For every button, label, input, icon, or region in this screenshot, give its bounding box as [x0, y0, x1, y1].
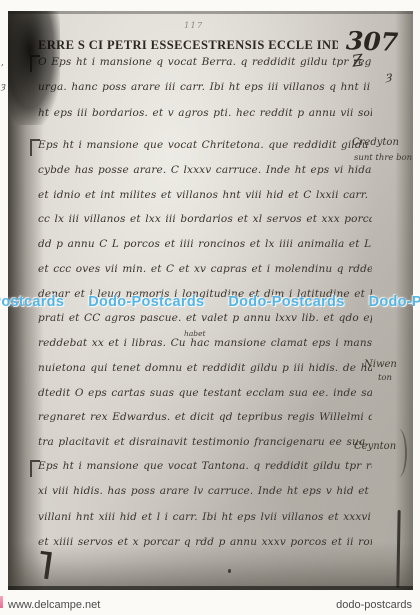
manuscript-line: O Eps ht i mansione q vocat Berra. q red…	[38, 50, 372, 75]
manuscript-line: xi viii hidis. has poss arare lv carruce…	[38, 479, 372, 504]
manuscript-line: cc lx iii villanos et lxx iii bordarios …	[38, 207, 372, 232]
photo-bottom-shading	[8, 542, 413, 590]
manuscript-line: dd p annu C L porcos et iiii roncinos et…	[38, 232, 372, 257]
margin-flourish-mark: ȝ	[386, 69, 392, 83]
manuscript-line: regnaret rex Edwardus. et dicit qd tepri…	[38, 405, 372, 430]
seller-watermark: dodo-postcards	[336, 599, 412, 611]
manuscript-photo: 117 ERRE S CI PETRI ESSECESTRENSIS ECCLE…	[8, 11, 413, 590]
manuscript-paragraph: O Eps ht i mansione q vocat Berra. q red…	[8, 50, 372, 127]
manuscript-line: prati et CC agros pascue. et valet p ann…	[38, 306, 372, 331]
cropped-logo-sliver	[0, 596, 3, 608]
margin-flourish-curve	[391, 429, 407, 477]
manuscript-line: Eps ht i mansione que vocat Chritetona. …	[38, 133, 372, 158]
page-edge-shadow	[395, 11, 413, 590]
pencil-folio-note: 117	[184, 21, 203, 31]
manuscript-line: cybde has posse arare. C lxxxv carruce. …	[38, 158, 372, 183]
margin-note-niwen: Niwen	[364, 359, 397, 370]
photo-bottom-edge	[8, 586, 413, 590]
left-margin-mark: ,	[1, 58, 4, 68]
manuscript-line: et idnio et int milites et villanos hnt …	[38, 183, 372, 208]
margin-note-ceynton: Ceynton	[354, 441, 396, 452]
margin-note-credyton: Credyton	[352, 137, 399, 148]
manuscript-line: et ccc oves vii min. et C et xv capras e…	[38, 257, 372, 282]
manuscript-line: ht eps iii bordarios. et v agros pti. he…	[38, 101, 372, 126]
gutter-dark-blob	[8, 11, 60, 125]
manuscript-line: tra placitavit et disrainavit testimonio…	[38, 430, 372, 455]
manuscript-line: dtedit O eps cartas suas que testant ecc…	[38, 381, 372, 406]
manuscript-line: urga. hanc poss arare iii carr. Ibi ht e…	[38, 75, 372, 100]
manuscript-line: villani hnt xiii hid et l i carr. Ibi ht…	[38, 505, 372, 530]
photo-top-edge	[8, 11, 413, 14]
margin-note-ton: ton	[378, 373, 392, 383]
manuscript-line: denar et i leug nemoris i longitudine et…	[38, 282, 372, 307]
manuscript-paragraph: Eps ht i mansione que vocat Chritetona. …	[8, 133, 372, 455]
left-margin-mark: ȝ	[1, 82, 6, 92]
interlinear-note: habet	[184, 329, 206, 338]
manuscript-paragraph: Eps ht i mansione que vocat Tantona. q r…	[8, 454, 372, 556]
delcampe-watermark: www.delcampe.net	[8, 599, 100, 611]
manuscript-line: nuietona qui tenet domnu et reddidit gil…	[38, 356, 372, 381]
manuscript-line: Eps ht i mansione que vocat Tantona. q r…	[38, 454, 372, 479]
